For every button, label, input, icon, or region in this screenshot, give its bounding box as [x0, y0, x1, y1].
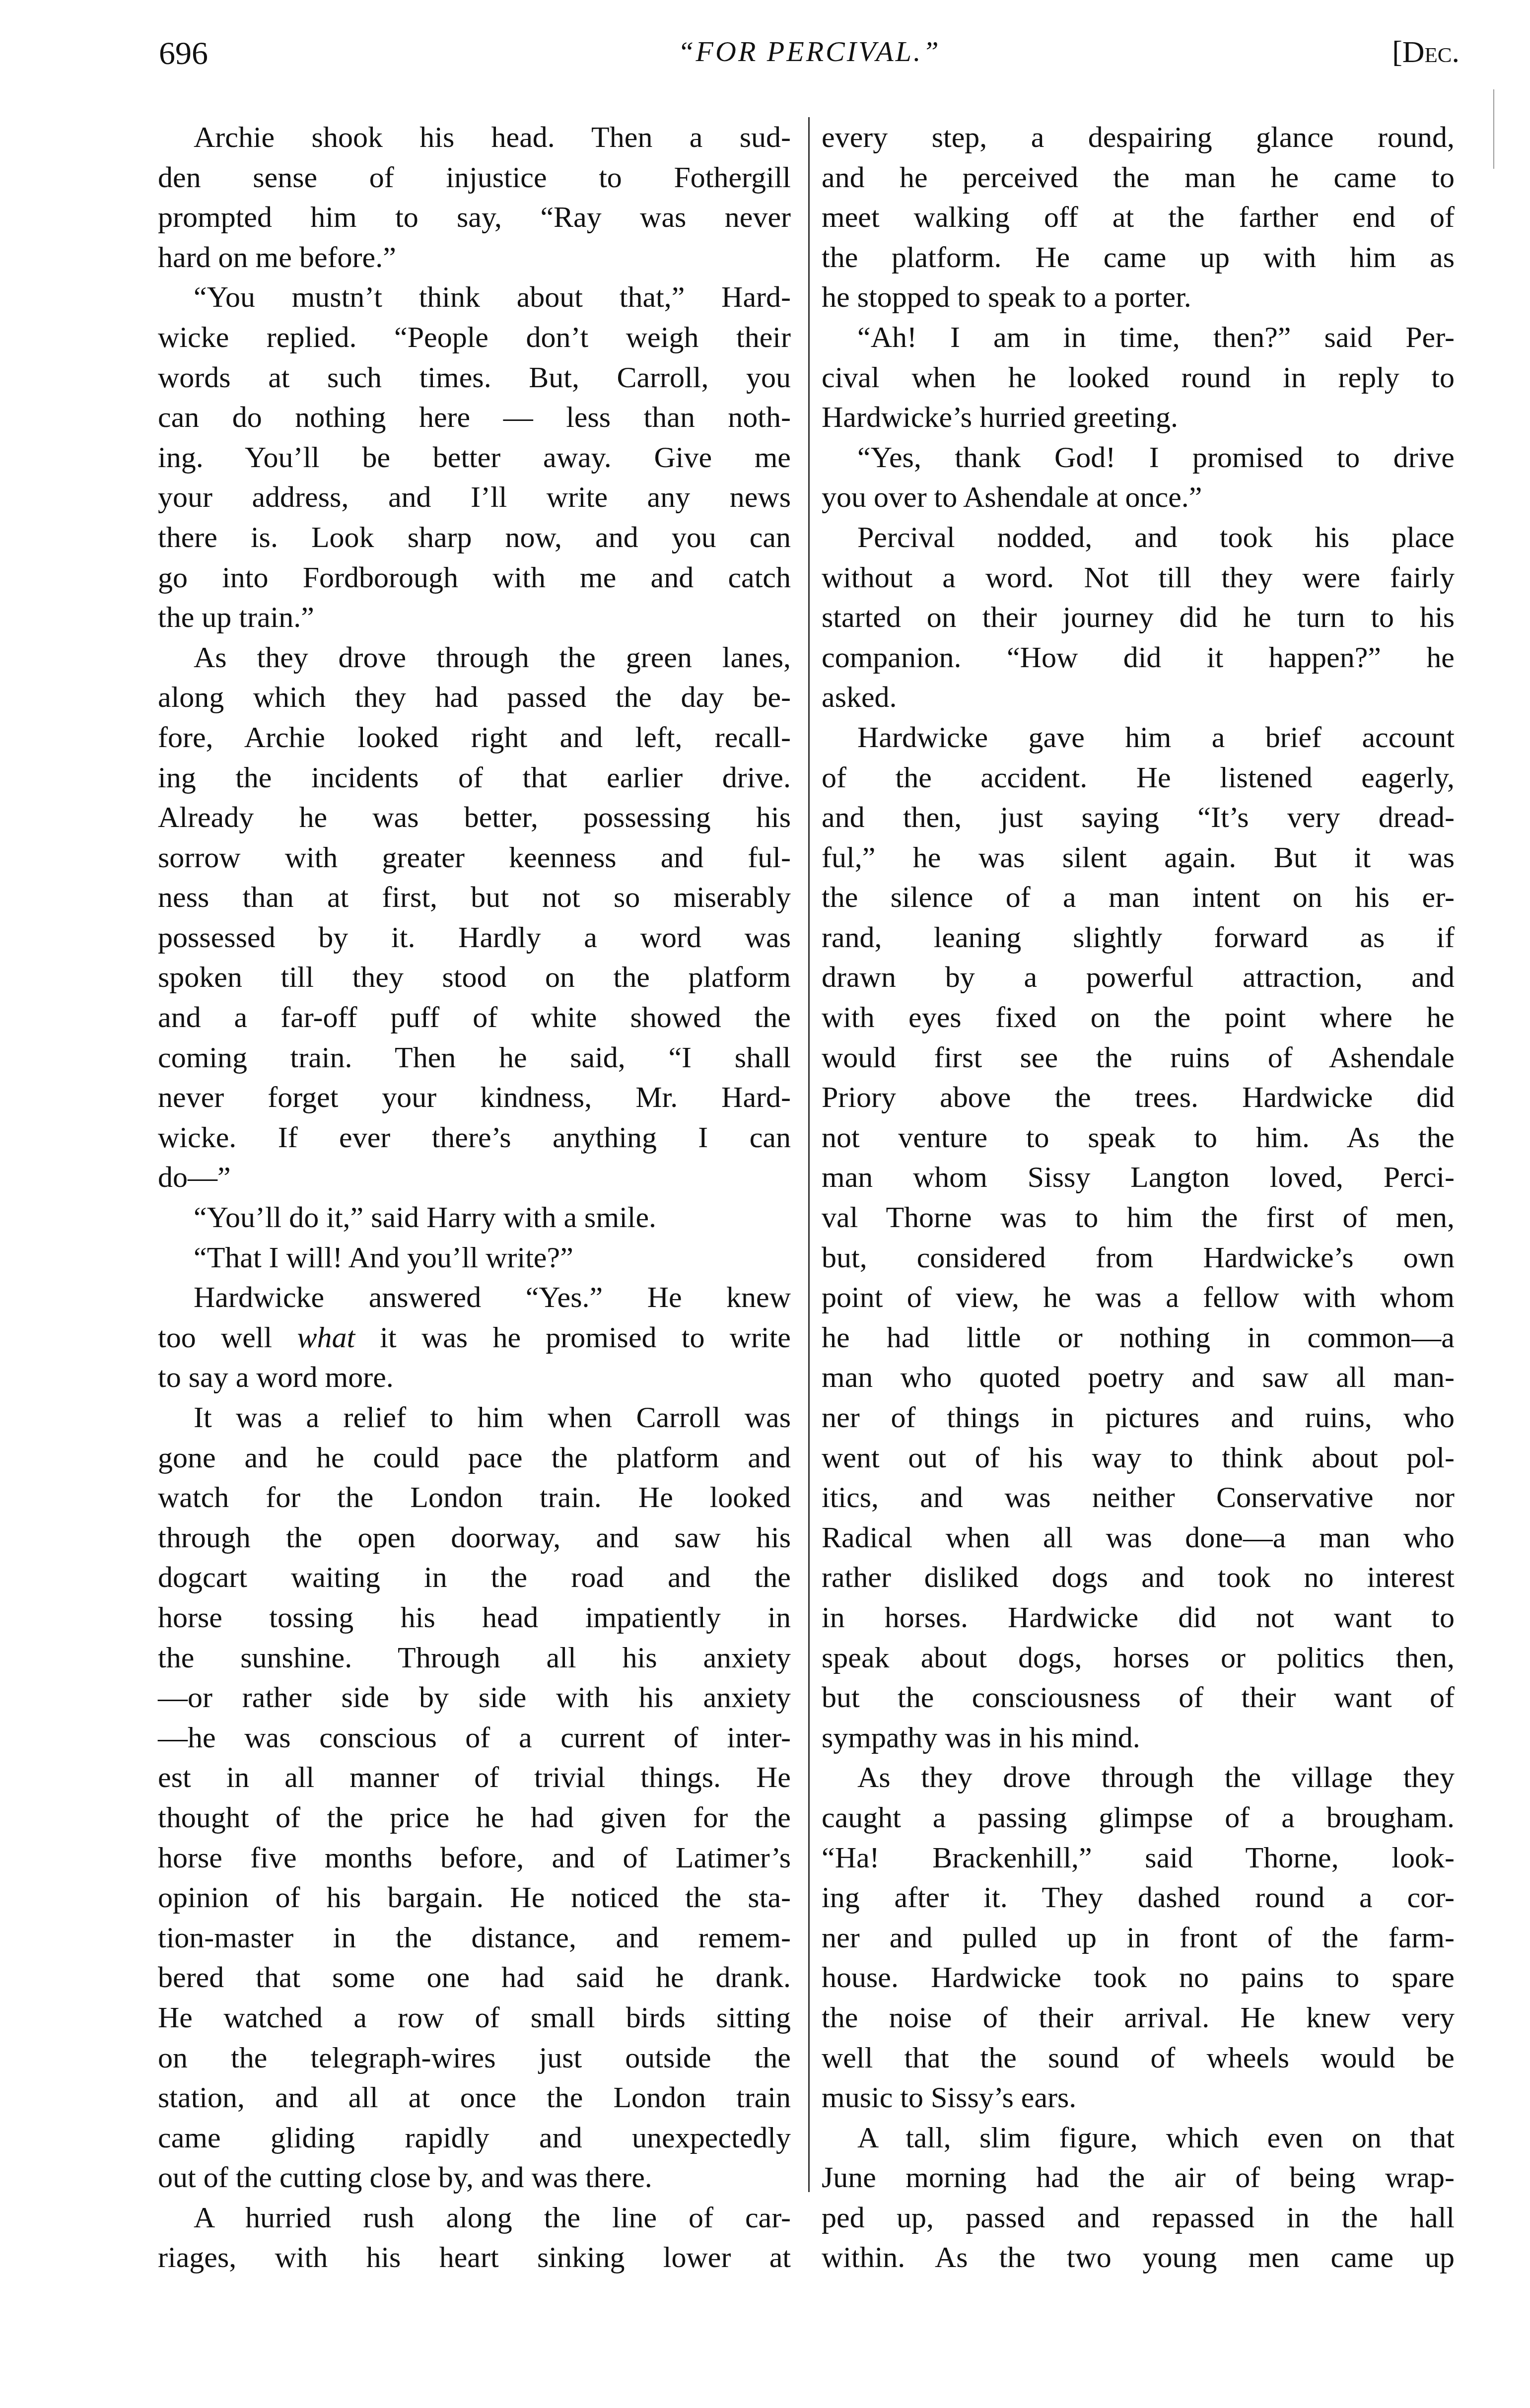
text-line: As they drove through the green lanes, — [158, 637, 791, 678]
text-line: est in all manner of trivial things. He — [158, 1757, 791, 1797]
text-line: the noise of their arrival. He knew very — [822, 1997, 1455, 2038]
text-line: drawn by a powerful attraction, and — [822, 957, 1455, 997]
text-line: Hardwicke gave him a brief account — [822, 717, 1455, 757]
column-divider — [808, 117, 810, 2192]
text-line: hard on me before.” — [158, 237, 791, 277]
text-line: with eyes fixed on the point where he — [822, 997, 1455, 1037]
text-line: —or rather side by side with his anxiety — [158, 1677, 791, 1718]
text-line: sorrow with greater keenness and ful- — [158, 837, 791, 878]
text-line: there is. Look sharp now, and you can — [158, 517, 791, 557]
text-line: do—” — [158, 1157, 791, 1197]
text-line: possessed by it. Hardly a word was — [158, 917, 791, 958]
text-line: horse tossing his head impatiently in — [158, 1597, 791, 1638]
text-line: started on their journey did he turn to … — [822, 597, 1455, 637]
text-line: along which they had passed the day be- — [158, 677, 791, 717]
text-line: your address, and I’ll write any news — [158, 477, 791, 517]
text-line: sympathy was in his mind. — [822, 1718, 1455, 1758]
text-line: without a word. Not till they were fairl… — [822, 557, 1455, 598]
text-line: Hardwicke’s hurried greeting. — [822, 397, 1455, 437]
text-line: but the consciousness of their want of — [822, 1677, 1455, 1718]
text-line: on the telegraph-wires just outside the — [158, 2038, 791, 2078]
text-line: and he perceived the man he came to — [822, 157, 1455, 198]
text-line: riages, with his heart sinking lower at — [158, 2237, 791, 2277]
text-line: through the open doorway, and saw his — [158, 1517, 791, 1558]
text-line: ing after it. They dashed round a cor- — [822, 1877, 1455, 1918]
text-line: —he was conscious of a current of inter- — [158, 1718, 791, 1758]
month-label: [Dec. — [1392, 35, 1460, 70]
text-line: val Thorne was to him the first of men, — [822, 1197, 1455, 1238]
text-line: watch for the London train. He looked — [158, 1477, 791, 1517]
text-line: “You’ll do it,” said Harry with a smile. — [158, 1197, 791, 1238]
text-line: coming train. Then he said, “I shall — [158, 1037, 791, 1078]
text-line: to say a word more. — [158, 1357, 791, 1397]
text-line: in horses. Hardwicke did not want to — [822, 1597, 1455, 1638]
text-line: came gliding rapidly and unexpectedly — [158, 2118, 791, 2158]
text-line: bered that some one had said he drank. — [158, 1957, 791, 1997]
text-line: Priory above the trees. Hardwicke did — [822, 1077, 1455, 1117]
text-line: and then, just saying “It’s very dread- — [822, 797, 1455, 837]
text-line: “Ah! I am in time, then?” said Per- — [822, 317, 1455, 357]
text-line: spoken till they stood on the platform — [158, 957, 791, 997]
text-line: caught a passing glimpse of a brougham. — [822, 1797, 1455, 1838]
text-line: music to Sissy’s ears. — [822, 2077, 1455, 2118]
text-line: ner of things in pictures and ruins, who — [822, 1397, 1455, 1438]
text-line: and a far-off puff of white showed the — [158, 997, 791, 1037]
text-line: within. As the two young men came up — [822, 2237, 1455, 2277]
text-line: would first see the ruins of Ashendale — [822, 1037, 1455, 1078]
text-line: ness than at first, but not so miserably — [158, 877, 791, 917]
text-line: out of the cutting close by, and was the… — [158, 2157, 791, 2198]
text-line: ner and pulled up in front of the farm- — [822, 1918, 1455, 1958]
text-line: words at such times. But, Carroll, you — [158, 357, 791, 398]
text-line: never forget your kindness, Mr. Hard- — [158, 1077, 791, 1117]
text-line: ful,” he was silent again. But it was — [822, 837, 1455, 878]
text-line: cival when he looked round in reply to — [822, 357, 1455, 398]
margin-mark — [1493, 89, 1494, 169]
text-line: Radical when all was done—a man who — [822, 1517, 1455, 1558]
text-line: companion. “How did it happen?” he — [822, 637, 1455, 678]
text-line: but, considered from Hardwicke’s own — [822, 1238, 1455, 1278]
text-line: Archie shook his head. Then a sud- — [158, 117, 791, 157]
text-line: As they drove through the village they — [822, 1757, 1455, 1797]
text-line: Percival nodded, and took his place — [822, 517, 1455, 557]
text-column-right: every step, a despairing glance round,an… — [822, 117, 1455, 2277]
running-title: “FOR PERCIVAL.” — [159, 35, 1460, 68]
text-line: wicke replied. “People don’t weigh their — [158, 317, 791, 357]
text-line: Hardwicke answered “Yes.” He knew — [158, 1277, 791, 1317]
text-line: fore, Archie looked right and left, reca… — [158, 717, 791, 757]
text-line: well that the sound of wheels would be — [822, 2038, 1455, 2078]
text-line: A hurried rush along the line of car- — [158, 2198, 791, 2238]
text-line: dogcart waiting in the road and the — [158, 1557, 791, 1597]
emphasis: what — [297, 1321, 355, 1354]
text-line: It was a relief to him when Carroll was — [158, 1397, 791, 1438]
text-line: house. Hardwicke took no pains to spare — [822, 1957, 1455, 1997]
text-line: horse five months before, and of Latimer… — [158, 1838, 791, 1878]
text-line: June morning had the air of being wrap- — [822, 2157, 1455, 2198]
text-line: ing. You’ll be better away. Give me — [158, 437, 791, 478]
text-line: not venture to speak to him. As the — [822, 1117, 1455, 1158]
text-line: too well what it was he promised to writ… — [158, 1317, 791, 1358]
text-line: asked. — [822, 677, 1455, 717]
text-line: “You mustn’t think about that,” Hard- — [158, 277, 791, 317]
text-line: gone and he could pace the platform and — [158, 1438, 791, 1478]
text-line: the up train.” — [158, 597, 791, 637]
text-line: rather disliked dogs and took no interes… — [822, 1557, 1455, 1597]
text-line: den sense of injustice to Fothergill — [158, 157, 791, 198]
text-line: he stopped to speak to a porter. — [822, 277, 1455, 317]
text-line: every step, a despairing glance round, — [822, 117, 1455, 157]
text-line: “Ha! Brackenhill,” said Thorne, look- — [822, 1838, 1455, 1878]
text-line: you over to Ashendale at once.” — [822, 477, 1455, 517]
text-line: opinion of his bargain. He noticed the s… — [158, 1877, 791, 1918]
text-line: go into Fordborough with me and catch — [158, 557, 791, 598]
text-line: A tall, slim figure, which even on that — [822, 2118, 1455, 2158]
text-line: station, and all at once the London trai… — [158, 2077, 791, 2118]
text-line: Already he was better, possessing his — [158, 797, 791, 837]
text-line: point of view, he was a fellow with whom — [822, 1277, 1455, 1317]
text-line: went out of his way to think about pol- — [822, 1438, 1455, 1478]
text-line: thought of the price he had given for th… — [158, 1797, 791, 1838]
text-line: can do nothing here — less than noth- — [158, 397, 791, 437]
text-line: of the accident. He listened eagerly, — [822, 757, 1455, 798]
text-line: “That I will! And you’ll write?” — [158, 1238, 791, 1278]
text-line: ing the incidents of that earlier drive. — [158, 757, 791, 798]
text-line: “Yes, thank God! I promised to drive — [822, 437, 1455, 478]
text-line: the silence of a man intent on his er- — [822, 877, 1455, 917]
text-line: wicke. If ever there’s anything I can — [158, 1117, 791, 1158]
text-line: rand, leaning slightly forward as if — [822, 917, 1455, 958]
text-line: itics, and was neither Conservative nor — [822, 1477, 1455, 1517]
text-line: he had little or nothing in common—a — [822, 1317, 1455, 1358]
text-line: tion-master in the distance, and remem- — [158, 1918, 791, 1958]
text-line: the platform. He came up with him as — [822, 237, 1455, 277]
text-line: He watched a row of small birds sitting — [158, 1997, 791, 2038]
running-header: 696 “FOR PERCIVAL.” [Dec. — [159, 35, 1460, 79]
text-line: man whom Sissy Langton loved, Perci- — [822, 1157, 1455, 1197]
text-line: meet walking off at the farther end of — [822, 197, 1455, 237]
text-line: prompted him to say, “Ray was never — [158, 197, 791, 237]
text-line: man who quoted poetry and saw all man- — [822, 1357, 1455, 1397]
text-column-left: Archie shook his head. Then a sud-den se… — [158, 117, 791, 2277]
text-line: the sunshine. Through all his anxiety — [158, 1638, 791, 1678]
text-line: ped up, passed and repassed in the hall — [822, 2198, 1455, 2238]
text-line: speak about dogs, horses or politics the… — [822, 1638, 1455, 1678]
